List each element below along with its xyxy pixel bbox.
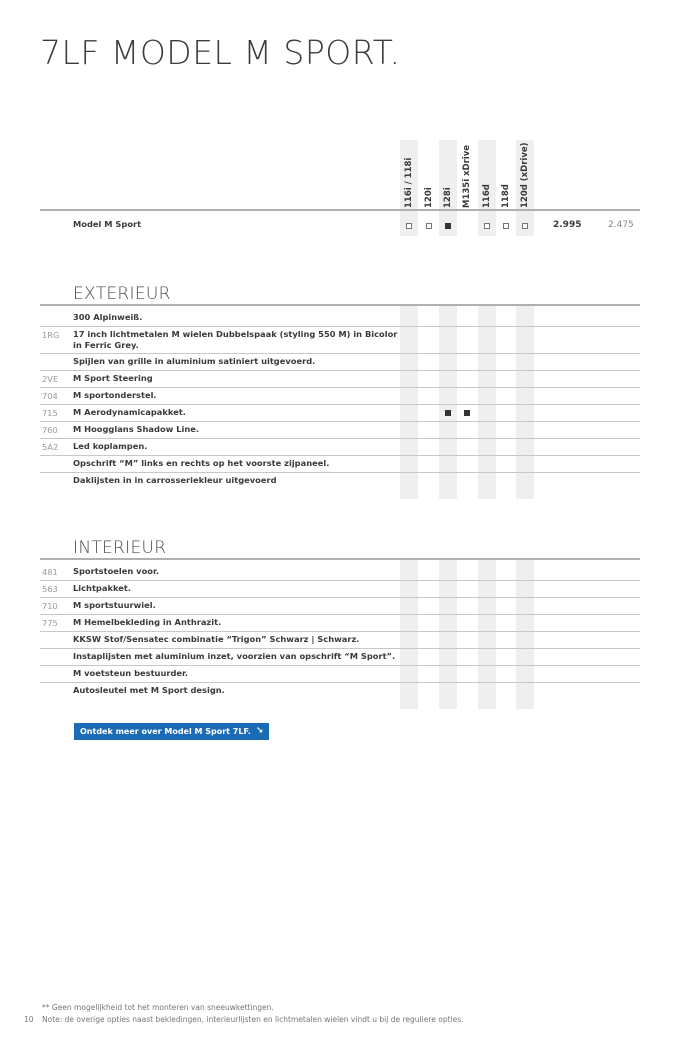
row-divider [40, 404, 640, 405]
column-shade [516, 559, 534, 709]
option-code: 775 [42, 618, 58, 628]
column-shade [439, 305, 457, 499]
row-divider [40, 353, 640, 354]
row-divider [40, 682, 640, 683]
section-heading: EXTERIEUR [73, 284, 171, 304]
column-header: 116i / 118i [399, 140, 419, 208]
column-shade [439, 559, 457, 709]
option-code: 760 [42, 425, 58, 435]
option-label: Sportstoelen voor. [73, 566, 403, 577]
column-shade [478, 559, 496, 709]
section-rule [40, 304, 640, 306]
column-shade [478, 305, 496, 499]
option-label: M Aerodynamicapakket. [73, 407, 403, 418]
row-divider [40, 438, 640, 439]
page-number: 10 [24, 1015, 34, 1024]
row-divider [40, 455, 640, 456]
option-label: M Hemelbekleding in Anthrazit. [73, 617, 403, 628]
column-header: 120d (xDrive) [515, 140, 535, 208]
column-shade [516, 305, 534, 499]
standard-filled-square-icon [464, 410, 470, 416]
option-label: 17 inch lichtmetalen M wielen Dubbelspaa… [73, 329, 403, 351]
optional-open-square-icon [484, 223, 490, 229]
option-code: 5A2 [42, 442, 58, 452]
column-header: M135i xDrive [457, 140, 477, 208]
option-label: M voetsteun bestuurder. [73, 668, 403, 679]
option-label: Opschrift “M” links en rechts op het voo… [73, 458, 403, 469]
option-label: KKSW Stof/Sensatec combinatie “Trigon” S… [73, 634, 403, 645]
column-header: 116d [477, 140, 497, 208]
column-header-label: 116d [482, 184, 492, 208]
option-label: M Hoogglans Shadow Line. [73, 424, 403, 435]
row-divider [40, 387, 640, 388]
optional-open-square-icon [426, 223, 432, 229]
option-label: 300 Alpinweiß. [73, 312, 403, 323]
option-label: M sportstuurwiel. [73, 600, 403, 611]
row-divider [40, 580, 640, 581]
cta-label: Ontdek meer over Model M Sport 7LF. [80, 723, 251, 740]
column-header-label: 118d [501, 184, 511, 208]
column-header-label: M135i xDrive [462, 145, 472, 208]
optional-open-square-icon [503, 223, 509, 229]
option-label: Lichtpakket. [73, 583, 403, 594]
option-code: 2VE [42, 374, 58, 384]
column-header: 120i [419, 140, 439, 208]
row-divider [40, 614, 640, 615]
optional-open-square-icon [406, 223, 412, 229]
option-label: Autosleutel met M Sport design. [73, 685, 403, 696]
header-rule [40, 209, 640, 211]
option-code: 481 [42, 567, 58, 577]
option-label: M sportonderstel. [73, 390, 403, 401]
column-header-label: 116i / 118i [404, 158, 414, 208]
option-label: Led koplampen. [73, 441, 403, 452]
cursor-arrow-icon: ↘ [256, 723, 264, 740]
optional-open-square-icon [522, 223, 528, 229]
option-label: Daklijsten in in carrosseriekleur uitgev… [73, 475, 403, 486]
row-divider [40, 326, 640, 327]
option-code: 563 [42, 584, 58, 594]
column-header-label: 120i [424, 187, 434, 208]
row-divider [40, 472, 640, 473]
row-divider [40, 665, 640, 666]
option-code: 704 [42, 391, 58, 401]
standard-filled-square-icon [445, 410, 451, 416]
section-heading: INTERIEUR [73, 538, 166, 558]
discover-model-m-sport-button[interactable]: Ontdek meer over Model M Sport 7LF. ↘ [74, 723, 269, 740]
model-row-label: Model M Sport [73, 219, 403, 230]
row-divider [40, 421, 640, 422]
option-code: 715 [42, 408, 58, 418]
column-header-label: 120d (xDrive) [520, 142, 530, 208]
row-divider [40, 370, 640, 371]
column-header: 118d [496, 140, 516, 208]
section-rule [40, 558, 640, 560]
row-divider [40, 648, 640, 649]
price-excl: 2.475 [608, 220, 634, 230]
row-divider [40, 631, 640, 632]
option-label: M Sport Steering [73, 373, 403, 384]
option-code: 1RG [42, 330, 59, 340]
row-divider [40, 597, 640, 598]
option-code: 710 [42, 601, 58, 611]
page-title: 7LF MODEL M SPORT. [40, 33, 400, 72]
footnote-1: ** Geen mogelijkheid tot het monteren va… [42, 1003, 274, 1012]
standard-filled-square-icon [445, 223, 451, 229]
column-header: 128i [438, 140, 458, 208]
column-header-label: 128i [443, 187, 453, 208]
footnote-2: Note: de overige opties naast bekledinge… [42, 1015, 464, 1024]
option-label: Instaplijsten met aluminium inzet, voorz… [73, 651, 403, 662]
price-incl: 2.995 [553, 220, 581, 230]
option-label: Spijlen van grille in aluminium satinier… [73, 356, 403, 367]
